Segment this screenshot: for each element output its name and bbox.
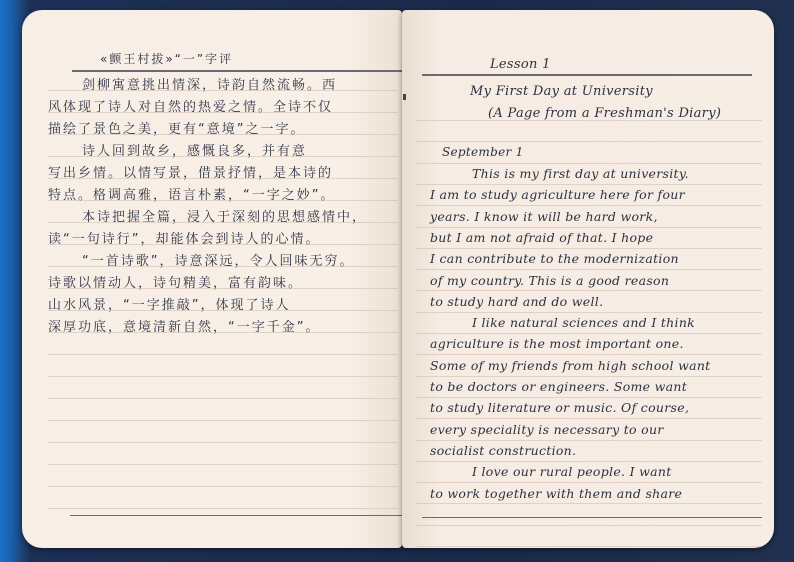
page-rule	[48, 222, 398, 223]
page-rule	[416, 376, 762, 377]
page-rule	[48, 156, 398, 157]
left-heading: «颤王村拔»“一”字评	[100, 50, 233, 67]
right-text-line: I am to study agriculture here for four	[430, 187, 685, 202]
page-rule	[416, 333, 762, 334]
page-rule	[48, 332, 398, 333]
lesson-subtitle: (A Page from a Freshman's Diary)	[488, 106, 721, 121]
heading-underline	[72, 70, 412, 72]
page-rule	[48, 310, 398, 311]
page-rule	[416, 248, 762, 249]
heading-underline	[422, 74, 752, 76]
right-text-line: every speciality is necessary to our	[430, 422, 664, 437]
right-page: Lesson 1 My First Day at University (A P…	[402, 10, 774, 548]
page-rule	[416, 312, 762, 313]
page-rule	[48, 244, 398, 245]
page-rule	[416, 418, 762, 419]
right-text-line: Some of my friends from high school want	[430, 358, 711, 373]
page-rule	[416, 354, 762, 355]
page-rule	[416, 269, 762, 270]
right-text-line: years. I know it will be hard work,	[430, 209, 658, 224]
diary-date: September 1	[442, 145, 524, 159]
page-rule	[48, 398, 398, 399]
page-rule	[416, 163, 762, 164]
right-text-line: to study literature or music. Of course,	[430, 400, 689, 415]
page-rule	[416, 184, 762, 185]
page-rule	[416, 525, 762, 526]
gutter-mark	[403, 94, 406, 100]
right-text-line: agriculture is the most important one.	[430, 336, 684, 351]
right-text-line: to work together with them and share	[430, 486, 682, 501]
page-rule	[416, 482, 762, 483]
page-rule	[48, 200, 398, 201]
right-text-line: This is my first day at university.	[472, 166, 689, 181]
lesson-heading: Lesson 1	[490, 57, 551, 72]
right-text-line: of my country. This is a good reason	[430, 273, 669, 288]
page-rule	[48, 376, 398, 377]
page-rule	[416, 546, 762, 547]
right-text-line: to study hard and do well.	[430, 294, 603, 309]
page-rule	[48, 134, 398, 135]
page-rule	[416, 141, 762, 142]
bottom-rule	[70, 515, 410, 516]
page-rule	[48, 90, 398, 91]
right-text-line: to be doctors or engineers. Some want	[430, 379, 687, 394]
page-rule	[48, 442, 398, 443]
page-rule	[416, 440, 762, 441]
page-rule	[416, 397, 762, 398]
page-rule	[48, 508, 398, 509]
page-rule	[48, 112, 398, 113]
right-text-line: but I am not afraid of that. I hope	[430, 230, 653, 245]
page-rule	[48, 288, 398, 289]
lesson-title: My First Day at University	[470, 84, 653, 99]
page-rule	[48, 486, 398, 487]
page-rule	[48, 354, 398, 355]
right-text-line: I can contribute to the modernization	[430, 251, 679, 266]
page-rule	[48, 178, 398, 179]
right-text-line: I like natural sciences and I think	[472, 315, 695, 330]
page-rule	[48, 420, 398, 421]
right-text-line: socialist construction.	[430, 443, 576, 458]
last-line-underline	[422, 517, 762, 518]
left-page: «颤王村拔»“一”字评 剑柳寓意挑出情深，诗韵自然流畅。西风体现了诗人对自然的热…	[22, 10, 402, 548]
page-rule	[48, 266, 398, 267]
page-rule	[416, 205, 762, 206]
page-rule	[48, 464, 398, 465]
page-rule	[416, 290, 762, 291]
page-rule	[416, 120, 762, 121]
page-rule	[416, 461, 762, 462]
page-rule	[416, 227, 762, 228]
right-text-line: I love our rural people. I want	[472, 464, 672, 479]
page-rule	[416, 503, 762, 504]
